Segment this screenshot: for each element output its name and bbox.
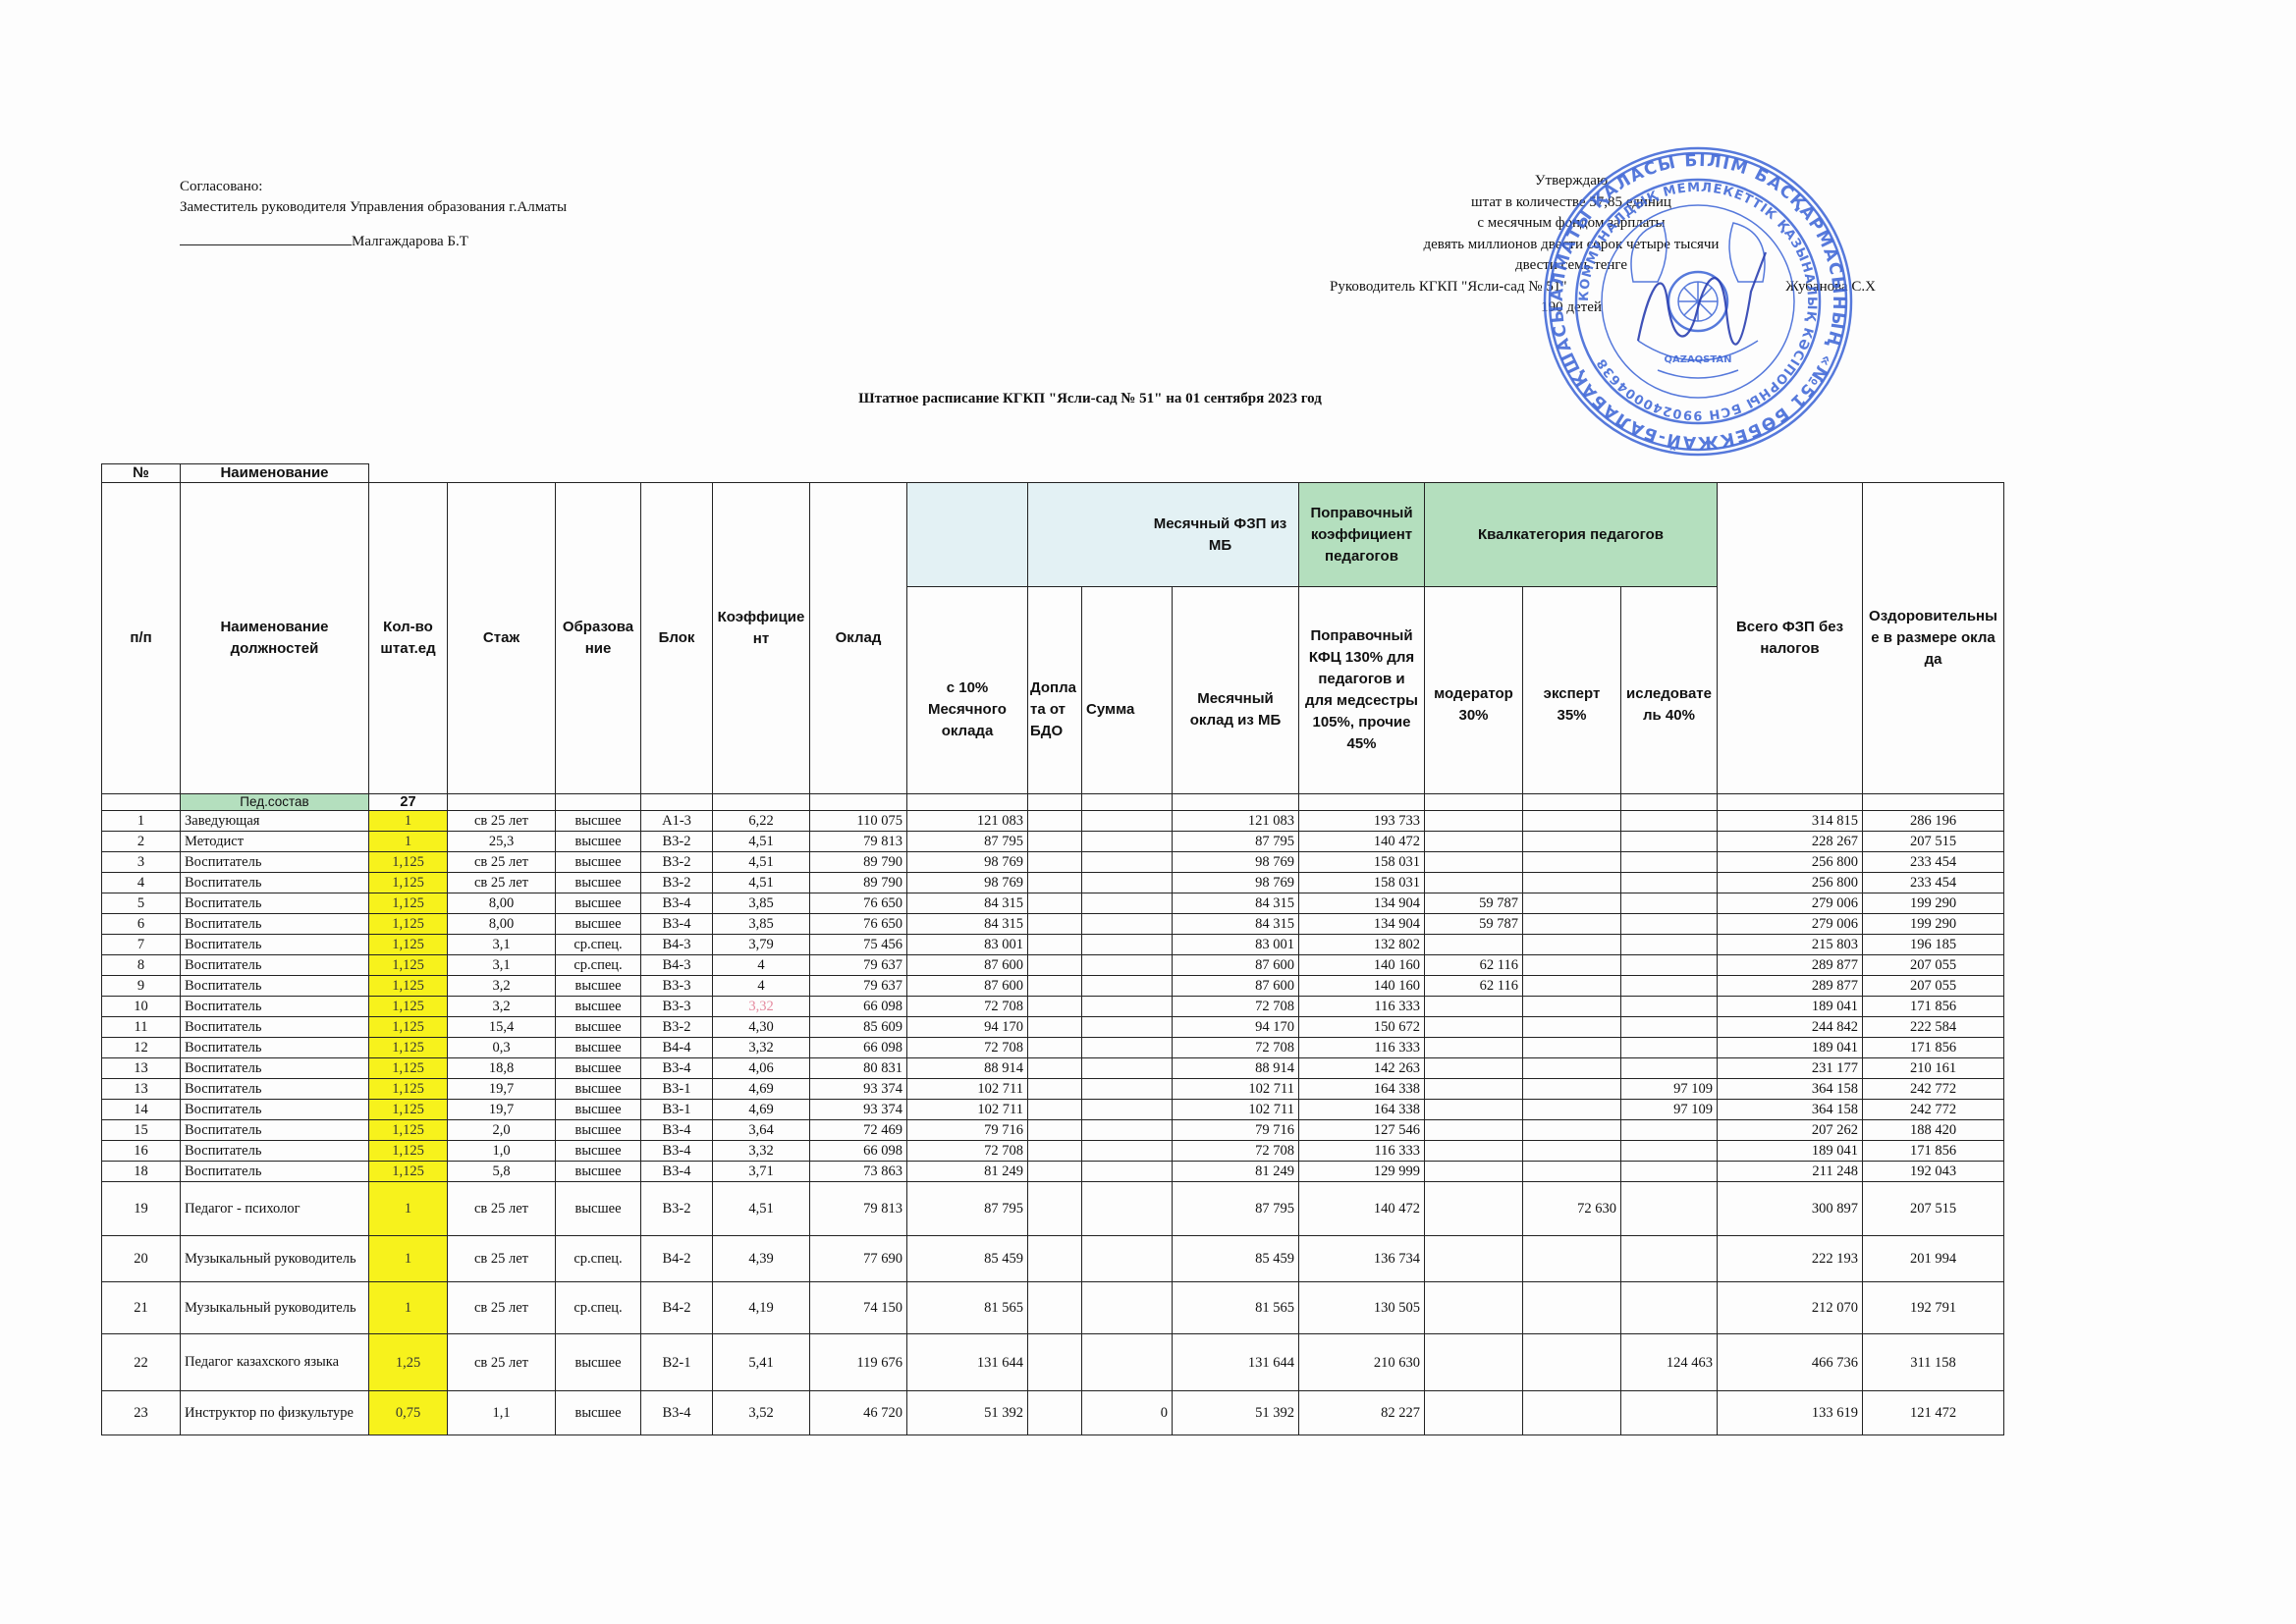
cell-correction: 158 031 [1299, 852, 1425, 873]
cell-coefficient: 4 [713, 976, 810, 997]
cell-sum [1082, 1017, 1173, 1038]
cell-total-fzp: 189 041 [1718, 997, 1863, 1017]
cell-position-name: Воспитатель [181, 873, 369, 893]
cell-row-number: 2 [102, 832, 181, 852]
cell-experience: 15,4 [448, 1017, 556, 1038]
cell-experience: св 25 лет [448, 873, 556, 893]
cell-expert [1523, 1334, 1621, 1391]
cell-monthly-salary-mb: 121 083 [1173, 811, 1299, 832]
cell-coefficient: 4,39 [713, 1236, 810, 1282]
cell-block: В3-4 [641, 1058, 713, 1079]
table-row: 5Воспитатель1,1258,00высшееВ3-43,8576 65… [102, 893, 2004, 914]
cell-correction: 134 904 [1299, 914, 1425, 935]
cell-salary: 89 790 [810, 852, 907, 873]
cell-education: высшее [556, 1058, 641, 1079]
cell-staff-units: 1,125 [369, 1162, 448, 1182]
cell-sum [1082, 1120, 1173, 1141]
cell-block: В3-2 [641, 852, 713, 873]
cell-staff-units: 1,25 [369, 1334, 448, 1391]
cell-position-name: Воспитатель [181, 852, 369, 873]
cell-sum [1082, 1038, 1173, 1058]
cell-salary: 46 720 [810, 1391, 907, 1435]
table-row: 9Воспитатель1,1253,2высшееВ3-3479 63787 … [102, 976, 2004, 997]
cell-monthly-salary-mb: 102 711 [1173, 1100, 1299, 1120]
cell-correction: 127 546 [1299, 1120, 1425, 1141]
cell-sum [1082, 873, 1173, 893]
cell-staff-units: 1,125 [369, 1141, 448, 1162]
cell-coefficient: 4,06 [713, 1058, 810, 1079]
cell-block: В4-2 [641, 1236, 713, 1282]
cell-row-number: 15 [102, 1120, 181, 1141]
cell-expert [1523, 1141, 1621, 1162]
cell-monthly-salary-mb: 81 249 [1173, 1162, 1299, 1182]
header-salary: Оклад [810, 483, 907, 794]
cell-health: 171 856 [1863, 1038, 2004, 1058]
header-researcher: иследователь 40% [1621, 587, 1718, 794]
cell-monthly-salary-mb: 81 565 [1173, 1282, 1299, 1334]
cell-expert [1523, 1236, 1621, 1282]
cell-staff-units: 1 [369, 1236, 448, 1282]
table-row: 11Воспитатель1,12515,4высшееВ3-24,3085 6… [102, 1017, 2004, 1038]
cell-bdo-extra [1028, 955, 1082, 976]
cell-expert [1523, 1038, 1621, 1058]
cell-salary: 72 469 [810, 1120, 907, 1141]
cell-position-name: Воспитатель [181, 955, 369, 976]
table-row: 10Воспитатель1,1253,2высшееВ3-33,3266 09… [102, 997, 2004, 1017]
cell-moderator [1425, 1120, 1523, 1141]
cell-staff-units: 1,125 [369, 935, 448, 955]
director-label: Руководитель КГКП "Ясли-сад № 51" [1330, 277, 1567, 298]
signature-underline [180, 232, 352, 245]
cell-coefficient: 3,71 [713, 1162, 810, 1182]
header-name-top: Наименование [181, 464, 369, 483]
cell-position-name: Воспитатель [181, 1079, 369, 1100]
cell-sum [1082, 893, 1173, 914]
cell-experience: 8,00 [448, 893, 556, 914]
cell-row-number: 7 [102, 935, 181, 955]
cell-staff-units: 1,125 [369, 893, 448, 914]
cell-moderator [1425, 997, 1523, 1017]
cell-bdo-extra [1028, 997, 1082, 1017]
cell-position-name: Воспитатель [181, 893, 369, 914]
cell-position-name: Воспитатель [181, 976, 369, 997]
cell-with-10pct: 94 170 [907, 1017, 1028, 1038]
cell-sum [1082, 1236, 1173, 1282]
cell-education: высшее [556, 914, 641, 935]
cell-block: В3-3 [641, 976, 713, 997]
cell-with-10pct: 102 711 [907, 1079, 1028, 1100]
cell-monthly-salary-mb: 87 795 [1173, 832, 1299, 852]
cell-education: высшее [556, 1120, 641, 1141]
header-position: Наименование должностей [181, 483, 369, 794]
cell-position-name: Воспитатель [181, 1100, 369, 1120]
cell-staff-units: 1,125 [369, 1120, 448, 1141]
cell-researcher [1621, 1182, 1718, 1236]
cell-health: 196 185 [1863, 935, 2004, 955]
cell-row-number: 9 [102, 976, 181, 997]
cell-experience: 1,1 [448, 1391, 556, 1435]
cell-health: 199 290 [1863, 914, 2004, 935]
cell-total-fzp: 279 006 [1718, 914, 1863, 935]
cell-moderator: 62 116 [1425, 955, 1523, 976]
cell-salary: 73 863 [810, 1162, 907, 1182]
cell-moderator [1425, 1058, 1523, 1079]
cell-education: высшее [556, 1182, 641, 1236]
cell-row-number: 10 [102, 997, 181, 1017]
cell-moderator [1425, 1236, 1523, 1282]
table-row: 7Воспитатель1,1253,1ср.спец.В4-33,7975 4… [102, 935, 2004, 955]
cell-sum [1082, 1079, 1173, 1100]
cell-expert [1523, 873, 1621, 893]
cell-position-name: Музыкальный руководитель [181, 1236, 369, 1282]
header-block: Блок [641, 483, 713, 794]
cell-salary: 77 690 [810, 1236, 907, 1282]
cell-with-10pct: 87 795 [907, 832, 1028, 852]
section-units: 27 [369, 794, 448, 811]
cell-education: высшее [556, 1038, 641, 1058]
cell-education: высшее [556, 1100, 641, 1120]
cell-education: высшее [556, 1079, 641, 1100]
cell-expert [1523, 893, 1621, 914]
cell-health: 192 043 [1863, 1162, 2004, 1182]
cell-position-name: Воспитатель [181, 1017, 369, 1038]
cell-salary: 79 637 [810, 976, 907, 997]
table-row: 23Инструктор по физкультуре0,751,1высшее… [102, 1391, 2004, 1435]
cell-expert [1523, 997, 1621, 1017]
cell-moderator [1425, 1182, 1523, 1236]
cell-monthly-salary-mb: 72 708 [1173, 997, 1299, 1017]
cell-monthly-salary-mb: 84 315 [1173, 914, 1299, 935]
cell-health: 311 158 [1863, 1334, 2004, 1391]
cell-position-name: Воспитатель [181, 1038, 369, 1058]
cell-correction: 130 505 [1299, 1282, 1425, 1334]
cell-correction: 134 904 [1299, 893, 1425, 914]
cell-block: В3-4 [641, 1162, 713, 1182]
cell-staff-units: 1,125 [369, 976, 448, 997]
cell-health: 171 856 [1863, 997, 2004, 1017]
cell-sum [1082, 811, 1173, 832]
cell-with-10pct: 72 708 [907, 997, 1028, 1017]
cell-with-10pct: 98 769 [907, 852, 1028, 873]
table-row: 16Воспитатель1,1251,0высшееВ3-43,3266 09… [102, 1141, 2004, 1162]
cell-expert [1523, 1391, 1621, 1435]
cell-correction: 158 031 [1299, 873, 1425, 893]
cell-total-fzp: 314 815 [1718, 811, 1863, 832]
cell-bdo-extra [1028, 1017, 1082, 1038]
table-row: 19Педагог - психолог1св 25 летвысшееВ3-2… [102, 1182, 2004, 1236]
cell-row-number: 3 [102, 852, 181, 873]
cell-salary: 93 374 [810, 1079, 907, 1100]
cell-with-10pct: 51 392 [907, 1391, 1028, 1435]
cell-health: 233 454 [1863, 873, 2004, 893]
stamp-emblem-text: QAZAQSTAN [1664, 354, 1731, 365]
cell-block: В3-4 [641, 893, 713, 914]
table-row: 12Воспитатель1,1250,3высшееВ4-43,3266 09… [102, 1038, 2004, 1058]
cell-row-number: 20 [102, 1236, 181, 1282]
cell-salary: 85 609 [810, 1017, 907, 1038]
cell-with-10pct: 84 315 [907, 914, 1028, 935]
cell-salary: 89 790 [810, 873, 907, 893]
cell-experience: 3,2 [448, 976, 556, 997]
header-monthly-fzp-group: Месячный ФЗП из МБ [1028, 483, 1299, 587]
cell-health: 192 791 [1863, 1282, 2004, 1334]
cell-with-10pct: 102 711 [907, 1100, 1028, 1120]
cell-experience: 1,0 [448, 1141, 556, 1162]
cell-researcher [1621, 811, 1718, 832]
table-row: 22Педагог казахского языка1,25св 25 летв… [102, 1334, 2004, 1391]
cell-education: высшее [556, 1391, 641, 1435]
cell-block: В3-2 [641, 873, 713, 893]
header-monthly-salary-mb: Месячный оклад из МБ [1173, 587, 1299, 794]
cell-experience: св 25 лет [448, 1282, 556, 1334]
table-row: 20Музыкальный руководитель1св 25 летср.с… [102, 1236, 2004, 1282]
cell-staff-units: 1,125 [369, 1017, 448, 1038]
cell-row-number: 13 [102, 1058, 181, 1079]
cell-monthly-salary-mb: 98 769 [1173, 873, 1299, 893]
cell-staff-units: 1 [369, 1282, 448, 1334]
cell-staff-units: 0,75 [369, 1391, 448, 1435]
cell-correction: 129 999 [1299, 1162, 1425, 1182]
cell-with-10pct: 87 600 [907, 976, 1028, 997]
cell-coefficient: 4,69 [713, 1100, 810, 1120]
section-label: Пед.состав [181, 794, 369, 811]
cell-coefficient: 3,85 [713, 893, 810, 914]
cell-moderator [1425, 811, 1523, 832]
cell-block: В4-4 [641, 1038, 713, 1058]
cell-with-10pct: 88 914 [907, 1058, 1028, 1079]
cell-row-number: 12 [102, 1038, 181, 1058]
cell-moderator [1425, 1100, 1523, 1120]
cell-experience: 18,8 [448, 1058, 556, 1079]
cell-researcher [1621, 873, 1718, 893]
section-blank [102, 794, 181, 811]
cell-position-name: Заведующая [181, 811, 369, 832]
cell-row-number: 13 [102, 1079, 181, 1100]
cell-coefficient: 3,64 [713, 1120, 810, 1141]
cell-correction: 140 472 [1299, 832, 1425, 852]
cell-with-10pct: 83 001 [907, 935, 1028, 955]
cell-moderator [1425, 1017, 1523, 1038]
cell-block: В3-1 [641, 1079, 713, 1100]
cell-experience: 19,7 [448, 1079, 556, 1100]
cell-block: В4-2 [641, 1282, 713, 1334]
cell-with-10pct: 84 315 [907, 893, 1028, 914]
cell-bdo-extra [1028, 1100, 1082, 1120]
cell-researcher [1621, 1120, 1718, 1141]
cell-education: ср.спец. [556, 955, 641, 976]
table-row: 15Воспитатель1,1252,0высшееВ3-43,6472 46… [102, 1120, 2004, 1141]
cell-coefficient: 3,85 [713, 914, 810, 935]
approval-left-signatory: Малгаждарова Б.Т [352, 234, 468, 249]
approval-left-signature-line: Малгаждарова Б.Т [180, 232, 567, 252]
cell-row-number: 18 [102, 1162, 181, 1182]
table-row: 18Воспитатель1,1255,8высшееВ3-43,7173 86… [102, 1162, 2004, 1182]
cell-correction: 150 672 [1299, 1017, 1425, 1038]
cell-total-fzp: 289 877 [1718, 955, 1863, 976]
cell-total-fzp: 364 158 [1718, 1079, 1863, 1100]
cell-expert [1523, 935, 1621, 955]
cell-correction: 116 333 [1299, 997, 1425, 1017]
cell-education: высшее [556, 811, 641, 832]
cell-correction: 164 338 [1299, 1100, 1425, 1120]
cell-bdo-extra [1028, 935, 1082, 955]
cell-with-10pct: 79 716 [907, 1120, 1028, 1141]
cell-education: высшее [556, 832, 641, 852]
cell-total-fzp: 133 619 [1718, 1391, 1863, 1435]
cell-total-fzp: 364 158 [1718, 1100, 1863, 1120]
header-row-top: № Наименование [102, 464, 2004, 483]
cell-block: В2-1 [641, 1334, 713, 1391]
cell-education: высшее [556, 852, 641, 873]
cell-monthly-salary-mb: 87 795 [1173, 1182, 1299, 1236]
cell-monthly-salary-mb: 51 392 [1173, 1391, 1299, 1435]
cell-salary: 66 098 [810, 1038, 907, 1058]
cell-row-number: 14 [102, 1100, 181, 1120]
cell-row-number: 4 [102, 873, 181, 893]
cell-with-10pct: 81 249 [907, 1162, 1028, 1182]
cell-moderator [1425, 1282, 1523, 1334]
cell-staff-units: 1,125 [369, 997, 448, 1017]
table-row: 6Воспитатель1,1258,00высшееВ3-43,8576 65… [102, 914, 2004, 935]
cell-researcher [1621, 1282, 1718, 1334]
cell-with-10pct: 131 644 [907, 1334, 1028, 1391]
cell-researcher [1621, 1017, 1718, 1038]
cell-experience: 5,8 [448, 1162, 556, 1182]
cell-salary: 76 650 [810, 893, 907, 914]
cell-researcher [1621, 1236, 1718, 1282]
cell-expert [1523, 1058, 1621, 1079]
cell-experience: 25,3 [448, 832, 556, 852]
cell-row-number: 1 [102, 811, 181, 832]
cell-sum [1082, 1100, 1173, 1120]
cell-bdo-extra [1028, 1162, 1082, 1182]
cell-health: 171 856 [1863, 1141, 2004, 1162]
cell-sum [1082, 997, 1173, 1017]
cell-health: 201 994 [1863, 1236, 2004, 1282]
cell-staff-units: 1,125 [369, 852, 448, 873]
header-blank [369, 464, 2004, 483]
header-row-main: п/п Наименование должностей Кол-во штат.… [102, 483, 2004, 587]
header-blank-blue [907, 483, 1028, 587]
cell-expert [1523, 811, 1621, 832]
cell-row-number: 8 [102, 955, 181, 976]
cell-position-name: Воспитатель [181, 997, 369, 1017]
cell-coefficient: 4,51 [713, 852, 810, 873]
cell-staff-units: 1,125 [369, 1038, 448, 1058]
cell-salary: 79 637 [810, 955, 907, 976]
cell-block: В4-3 [641, 935, 713, 955]
stamp-seal-icon: АЛМАТЫ ҚАЛАСЫ БІЛІМ БАСҚАРМАСЫНЫҢ «№51 Б… [1540, 144, 1856, 459]
cell-expert [1523, 1162, 1621, 1182]
cell-experience: 3,1 [448, 955, 556, 976]
cell-block: В3-4 [641, 1120, 713, 1141]
header-education: Образование [556, 483, 641, 794]
cell-position-name: Методист [181, 832, 369, 852]
cell-moderator [1425, 1038, 1523, 1058]
cell-experience: 2,0 [448, 1120, 556, 1141]
cell-health: 207 515 [1863, 1182, 2004, 1236]
cell-sum [1082, 852, 1173, 873]
cell-sum [1082, 914, 1173, 935]
cell-total-fzp: 279 006 [1718, 893, 1863, 914]
cell-salary: 79 813 [810, 1182, 907, 1236]
cell-position-name: Воспитатель [181, 1120, 369, 1141]
cell-row-number: 22 [102, 1334, 181, 1391]
cell-experience: 3,1 [448, 935, 556, 955]
cell-coefficient: 3,79 [713, 935, 810, 955]
cell-staff-units: 1,125 [369, 873, 448, 893]
cell-health: 242 772 [1863, 1079, 2004, 1100]
cell-coefficient: 3,32 [713, 1038, 810, 1058]
cell-position-name: Педагог - психолог [181, 1182, 369, 1236]
cell-staff-units: 1,125 [369, 1100, 448, 1120]
cell-with-10pct: 87 795 [907, 1182, 1028, 1236]
cell-experience: 0,3 [448, 1038, 556, 1058]
cell-monthly-salary-mb: 98 769 [1173, 852, 1299, 873]
cell-moderator [1425, 1079, 1523, 1100]
cell-education: ср.спец. [556, 935, 641, 955]
cell-expert [1523, 1100, 1621, 1120]
cell-with-10pct: 121 083 [907, 811, 1028, 832]
cell-sum [1082, 955, 1173, 976]
table-row: 21Музыкальный руководитель1св 25 летср.с… [102, 1282, 2004, 1334]
cell-bdo-extra [1028, 893, 1082, 914]
cell-researcher: 97 109 [1621, 1079, 1718, 1100]
cell-position-name: Воспитатель [181, 914, 369, 935]
cell-researcher [1621, 1058, 1718, 1079]
cell-moderator [1425, 852, 1523, 873]
cell-experience: 19,7 [448, 1100, 556, 1120]
cell-staff-units: 1,125 [369, 955, 448, 976]
cell-sum [1082, 1141, 1173, 1162]
cell-moderator [1425, 873, 1523, 893]
cell-sum [1082, 832, 1173, 852]
cell-staff-units: 1,125 [369, 1058, 448, 1079]
header-with-10pct: с 10% Месячного оклада [907, 587, 1028, 794]
cell-sum [1082, 1282, 1173, 1334]
cell-total-fzp: 256 800 [1718, 873, 1863, 893]
cell-correction: 116 333 [1299, 1141, 1425, 1162]
cell-experience: 3,2 [448, 997, 556, 1017]
table-row: 4Воспитатель1,125св 25 летвысшееВ3-24,51… [102, 873, 2004, 893]
cell-monthly-salary-mb: 84 315 [1173, 893, 1299, 914]
header-num: № [102, 464, 181, 483]
cell-bdo-extra [1028, 1141, 1082, 1162]
cell-block: В3-2 [641, 1182, 713, 1236]
cell-block: В3-1 [641, 1100, 713, 1120]
cell-block: А1-3 [641, 811, 713, 832]
cell-row-number: 5 [102, 893, 181, 914]
cell-researcher [1621, 997, 1718, 1017]
cell-with-10pct: 72 708 [907, 1141, 1028, 1162]
cell-coefficient: 6,22 [713, 811, 810, 832]
cell-health: 207 055 [1863, 976, 2004, 997]
cell-total-fzp: 189 041 [1718, 1038, 1863, 1058]
cell-with-10pct: 85 459 [907, 1236, 1028, 1282]
cell-coefficient: 4,51 [713, 1182, 810, 1236]
cell-monthly-salary-mb: 87 600 [1173, 976, 1299, 997]
cell-expert [1523, 1282, 1621, 1334]
cell-researcher [1621, 976, 1718, 997]
cell-staff-units: 1 [369, 832, 448, 852]
cell-expert [1523, 852, 1621, 873]
cell-total-fzp: 228 267 [1718, 832, 1863, 852]
cell-health: 121 472 [1863, 1391, 2004, 1435]
cell-correction: 140 160 [1299, 976, 1425, 997]
cell-health: 188 420 [1863, 1120, 2004, 1141]
cell-education: ср.спец. [556, 1236, 641, 1282]
cell-bdo-extra [1028, 976, 1082, 997]
